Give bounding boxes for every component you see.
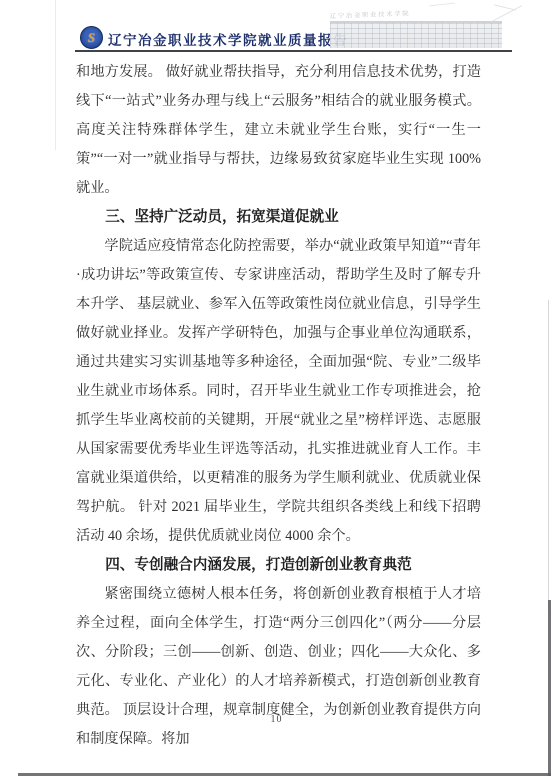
page-header: S 辽宁冶金职业技术学院就业质量报告 辽宁冶金职业技术学院 [0,0,553,52]
school-logo-icon: S [80,26,103,49]
scan-scribble [494,4,516,10]
paragraph-continued: 和地方发展。 做好就业帮扶指导，充分利用信息技术优势，打造线下“一站式”业务办理… [76,58,481,203]
scan-edge-right-soft [548,300,549,610]
building-watermark-caption: 辽宁冶金职业技术学院 [330,7,442,20]
paragraph: 紧密围绕立德树人根本任务，将创新创业教育根植于人才培养全过程，面向全体学生，打造… [76,580,481,754]
header-divider [75,50,512,52]
building-watermark: 辽宁冶金职业技术学院 [330,5,510,47]
building-watermark-image [330,21,502,48]
scan-scribble [429,3,455,7]
document-page: S 辽宁冶金职业技术学院就业质量报告 辽宁冶金职业技术学院 和地方发展。 做好就… [0,0,553,780]
scan-edge-bottom [18,773,551,776]
section-heading-3: 三、坚持广泛动员，拓宽渠道促就业 [76,203,481,232]
logo-letter: S [88,31,95,44]
header-title: 辽宁冶金职业技术学院就业质量报告 [108,29,348,49]
scan-edge-right [548,600,551,776]
document-body: 和地方发展。 做好就业帮扶指导，充分利用信息技术优势，打造线下“一站式”业务办理… [76,58,481,754]
page-number: 10 [0,714,553,725]
section-heading-4: 四、专创融合内涵发展，打造创新创业教育典范 [76,551,481,580]
paragraph: 学院适应疫情常态化防控需要，举办“就业政策早知道”“青年·成功讲坛”等政策宣传、… [76,232,481,551]
